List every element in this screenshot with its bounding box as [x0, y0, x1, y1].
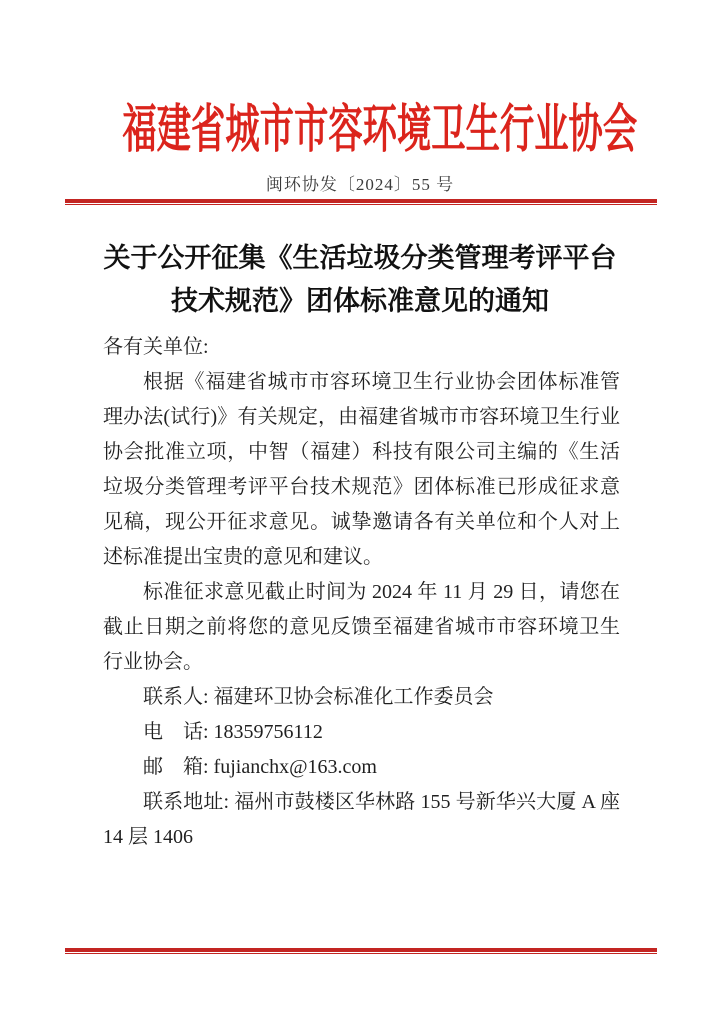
footer-rule-thick: [65, 948, 657, 952]
letterhead-rule-thin: [65, 204, 657, 205]
paragraph-background: 根据《福建省城市市容环境卫生行业协会团体标准管理办法(试行)》有关规定，由福建省…: [103, 365, 620, 575]
notice-title-line-1: 关于公开征集《生活垃圾分类管理考评平台: [0, 237, 720, 280]
notice-title: 关于公开征集《生活垃圾分类管理考评平台 技术规范》团体标准意见的通知: [0, 237, 720, 323]
notice-body: 各有关单位: 根据《福建省城市市容环境卫生行业协会团体标准管理办法(试行)》有关…: [103, 330, 620, 855]
contact-email-line: 邮 箱: fujianchx@163.com: [103, 750, 620, 785]
document-page: 福建省城市市容环境卫生行业协会 闽环协发〔2024〕55 号 关于公开征集《生活…: [0, 0, 720, 1018]
contact-phone-line: 电 话: 18359756112: [103, 715, 620, 750]
salutation: 各有关单位:: [103, 330, 620, 365]
notice-title-line-2: 技术规范》团体标准意见的通知: [0, 280, 720, 323]
paragraph-deadline: 标准征求意见截止时间为 2024 年 11 月 29 日，请您在截止日期之前将您…: [103, 575, 620, 680]
document-number: 闽环协发〔2024〕55 号: [0, 170, 720, 195]
footer-rule-thin: [65, 953, 657, 954]
letterhead-org-title: 福建省城市市容环境卫生行业协会: [122, 98, 597, 164]
contact-address-line: 联系地址: 福州市鼓楼区华林路 155 号新华兴大厦 A 座 14 层 1406: [103, 785, 620, 855]
letterhead-rule-thick: [65, 199, 657, 203]
footer-rule: [65, 948, 657, 954]
contact-person-line: 联系人: 福建环卫协会标准化工作委员会: [103, 680, 620, 715]
letterhead-rule: [65, 199, 657, 205]
